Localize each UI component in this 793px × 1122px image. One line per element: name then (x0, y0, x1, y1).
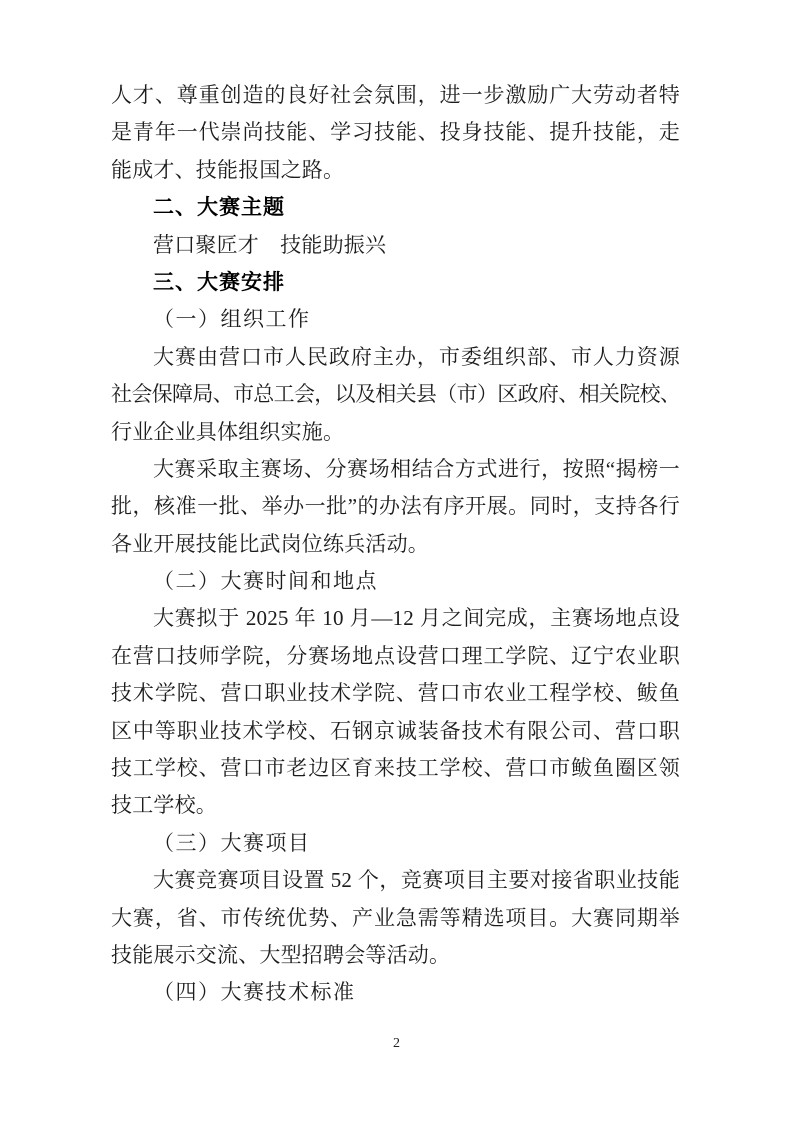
body-line: 区中等职业技术学校、石钢京诚装备技术有限公司、营口职信 (111, 713, 680, 750)
page-number: 2 (0, 1036, 793, 1052)
body-line: 能成才、技能报国之路。 (111, 152, 680, 189)
body-line: 是青年一代崇尚技能、学习技能、投身技能、提升技能，走技 (111, 114, 680, 151)
body-line: 在营口技师学院，分赛场地点设营口理工学院、辽宁农业职业 (111, 638, 680, 675)
subsection-heading-2: （二）大赛时间和地点 (111, 563, 680, 600)
body-line: 批，核准一批、举办一批”的办法有序开展。同时，支持各行 (111, 488, 680, 525)
subsection-heading-1: （一）组织工作 (111, 301, 680, 338)
section-heading-3: 三、大赛安排 (111, 264, 680, 301)
body-line: 社会保障局、市总工会，以及相关县（市）区政府、相关院校、 (111, 376, 680, 413)
body-line: 技术学院、营口职业技术学院、营口市农业工程学校、鲅鱼圈 (111, 675, 680, 712)
section-heading-2: 二、大赛主题 (111, 189, 680, 226)
theme-line: 营口聚匠才 技能助振兴 (111, 227, 680, 264)
document-page: 人才、尊重创造的良好社会氛围，进一步激励广大劳动者特别 是青年一代崇尚技能、学习… (0, 0, 793, 1122)
body-line: 大赛采取主赛场、分赛场相结合方式进行，按照“揭榜一 (111, 451, 680, 488)
body-line: 大赛由营口市人民政府主办，市委组织部、市人力资源和 (111, 339, 680, 376)
body-line: 人才、尊重创造的良好社会氛围，进一步激励广大劳动者特别 (111, 77, 680, 114)
subsection-heading-4: （四）大赛技术标准 (111, 974, 680, 1011)
subsection-heading-3: （三）大赛项目 (111, 825, 680, 862)
body-line: 技能展示交流、大型招聘会等活动。 (111, 937, 680, 974)
body-line: 各业开展技能比武岗位练兵活动。 (111, 526, 680, 563)
document-body: 人才、尊重创造的良好社会氛围，进一步激励广大劳动者特别 是青年一代崇尚技能、学习… (111, 77, 680, 1012)
body-line: 技工学校。 (111, 787, 680, 824)
body-line: 大赛，省、市传统优势、产业急需等精选项目。大赛同期举办 (111, 900, 680, 937)
body-line: 技工学校、营口市老边区育来技工学校、营口市鲅鱼圈区领亿 (111, 750, 680, 787)
body-line: 大赛拟于 2025 年 10 月—12 月之间完成，主赛场地点设 (111, 600, 680, 637)
body-line: 行业企业具体组织实施。 (111, 414, 680, 451)
body-line: 大赛竞赛项目设置 52 个，竞赛项目主要对接省职业技能 (111, 862, 680, 899)
